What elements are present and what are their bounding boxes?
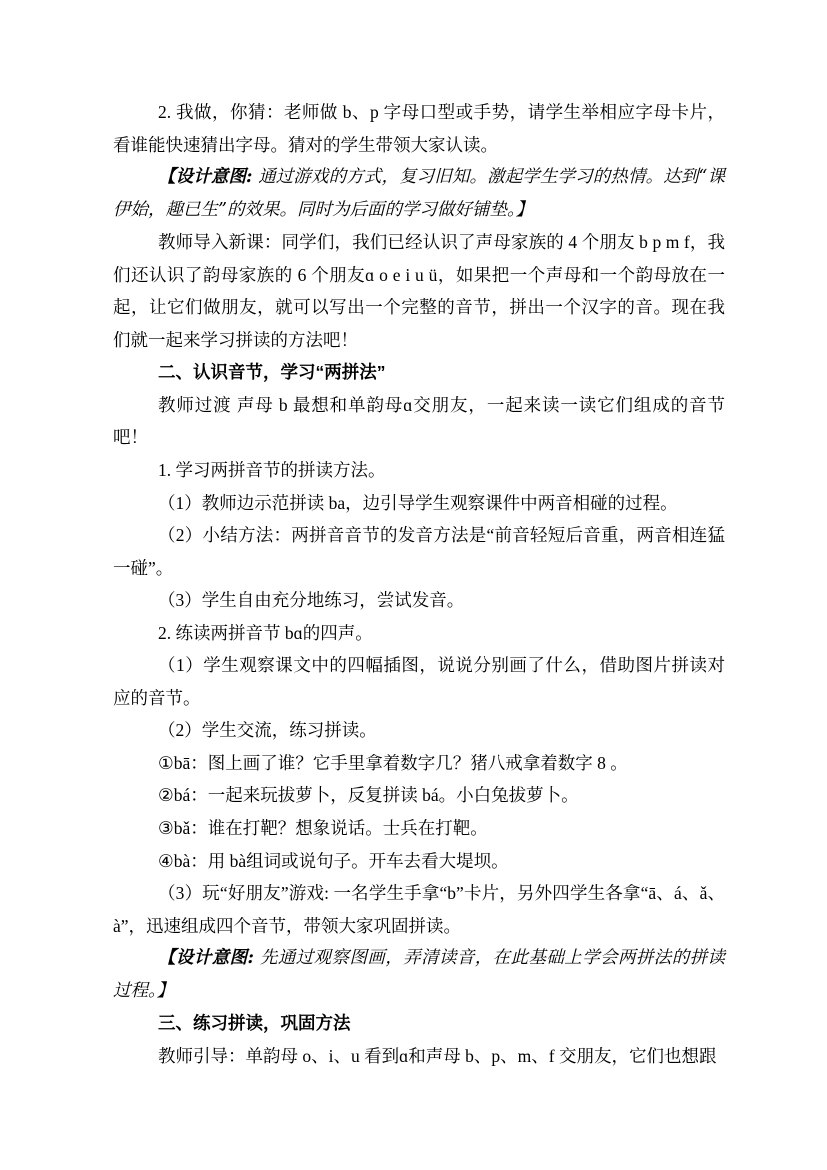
paragraph-step-2-3: （3）玩“好朋友”游戏: 一名学生手拿“b”卡片，另外四学生各拿“ā、á、ǎ、à… (113, 877, 725, 942)
design-note: 【设计意图: 通过游戏的方式，复习旧知。激起学生学习的热情。达到“课伊始，趣已生… (113, 161, 725, 226)
paragraph-step-2-2: （2）学生交流，练习拼读。 (113, 714, 725, 747)
tone-practice-item-1: ①bā：图上画了谁？它手里拿着数字几？猪八戒拿着数字 8 。 (113, 747, 725, 780)
paragraph-step-1-3: （3）学生自由充分地练习，尝试发音。 (113, 584, 725, 617)
design-note: 【设计意图: 先通过观察图画，弄清读音，在此基础上学会两拼法的拼读过程。】 (113, 942, 725, 1007)
paragraph-lesson-intro: 教师导入新课：同学们，我们已经认识了声母家族的 4 个朋友 b p m f，我们… (113, 226, 725, 356)
paragraph-step-2: 2. 练读两拼音节 bɑ的四声。 (113, 617, 725, 650)
paragraph-step-1-1: （1）教师边示范拼读 ba，边引导学生观察课件中两音相碰的过程。 (113, 487, 725, 520)
section-heading-3: 三、练习拼读，巩固方法 (113, 1007, 725, 1040)
paragraph-step-1: 1. 学习两拼音节的拼读方法。 (113, 454, 725, 487)
tone-practice-item-3: ③bǎ：谁在打靶？想象说话。士兵在打靶。 (113, 812, 725, 845)
tone-practice-item-2: ②bá：一起来玩拔萝卜，反复拼读 bá。小白兔拔萝卜。 (113, 779, 725, 812)
document-page: 2. 我做，你猜：老师做 b、p 字母口型或手势，请学生举相应字母卡片，看谁能快… (0, 0, 827, 1170)
paragraph-teacher-transition: 教师过渡 声母 b 最想和单韵母ɑ交朋友，一起来读一读它们组成的音节吧！ (113, 389, 725, 454)
tone-practice-item-4: ④bà：用 bà组词或说句子。开车去看大堤坝。 (113, 845, 725, 878)
paragraph-step-1-2: （2）小结方法：两拼音音节的发音方法是“前音轻短后音重，两音相连猛一碰”。 (113, 519, 725, 584)
section-heading-2: 二、认识音节，学习“两拼法” (113, 356, 725, 389)
paragraph-step-2-1: （1）学生观察课文中的四幅插图，说说分别画了什么，借助图片拼读对应的音节。 (113, 649, 725, 714)
paragraph-review-game: 2. 我做，你猜：老师做 b、p 字母口型或手势，请学生举相应字母卡片，看谁能快… (113, 96, 725, 161)
design-note-label: 【设计意图: (158, 948, 254, 968)
paragraph-teacher-guide: 教师引导：单韵母 o、i、u 看到ɑ和声母 b、p、m、f 交朋友，它们也想跟 (113, 1040, 725, 1073)
design-note-label: 【设计意图: (158, 167, 253, 187)
